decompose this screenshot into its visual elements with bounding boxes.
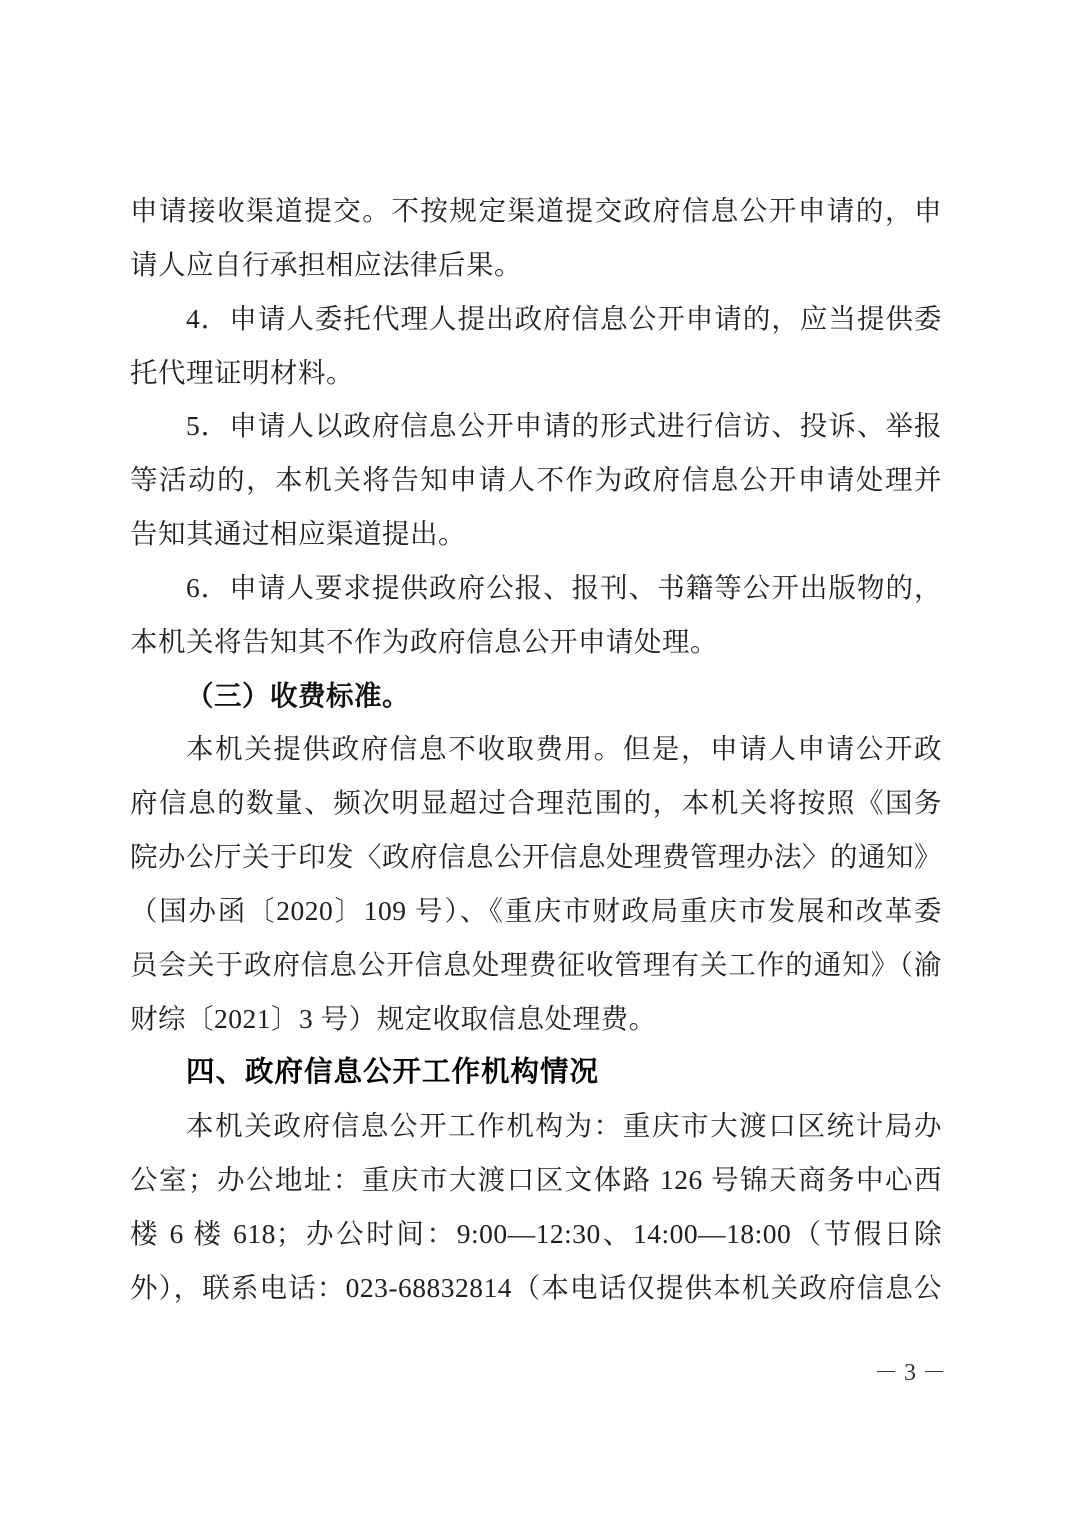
- document-line: 请人应自行承担相应法律后果。: [130, 238, 942, 292]
- document-line: 外），联系电话：023-68832814（本电话仅提供本机关政府信息公: [130, 1261, 942, 1315]
- document-line: 4．申请人委托代理人提出政府信息公开申请的，应当提供委: [130, 292, 942, 346]
- document-line: 本机关将告知其不作为政府信息公开申请处理。: [130, 615, 942, 669]
- document-line: 申请接收渠道提交。不按规定渠道提交政府信息公开申请的，申: [130, 184, 942, 238]
- document-body: 申请接收渠道提交。不按规定渠道提交政府信息公开申请的，申 请人应自行承担相应法律…: [130, 184, 942, 1315]
- document-line: 本机关政府信息公开工作机构为：重庆市大渡口区统计局办: [130, 1099, 942, 1153]
- document-line: 院办公厅关于印发〈政府信息公开信息处理费管理办法〉的通知》: [130, 830, 942, 884]
- section-heading: 四、政府信息公开工作机构情况: [130, 1046, 942, 1100]
- document-line: 6．申请人要求提供政府公报、报刊、书籍等公开出版物的，: [130, 561, 942, 615]
- document-line: 公室；办公地址：重庆市大渡口区文体路 126 号锦天商务中心西: [130, 1153, 942, 1207]
- document-line: 员会关于政府信息公开信息处理费征收管理有关工作的通知》（渝: [130, 938, 942, 992]
- document-line: （国办函〔2020〕109 号）、《重庆市财政局重庆市发展和改革委: [130, 884, 942, 938]
- document-line: 楼 6 楼 618；办公时间：9:00—12:30、14:00—18:00（节假…: [130, 1207, 942, 1261]
- document-page: 申请接收渠道提交。不按规定渠道提交政府信息公开申请的，申 请人应自行承担相应法律…: [0, 0, 1074, 1520]
- sub-heading: （三）收费标准。: [130, 669, 942, 723]
- document-line: 5．申请人以政府信息公开申请的形式进行信访、投诉、举报: [130, 399, 942, 453]
- document-line: 财综〔2021〕3 号）规定收取信息处理费。: [130, 992, 942, 1046]
- document-line: 府信息的数量、频次明显超过合理范围的，本机关将按照《国务: [130, 776, 942, 830]
- document-line: 托代理证明材料。: [130, 346, 942, 400]
- document-line: 告知其通过相应渠道提出。: [130, 507, 942, 561]
- document-line: 等活动的，本机关将告知申请人不作为政府信息公开申请处理并: [130, 453, 942, 507]
- page-number: － 3 －: [874, 1352, 946, 1387]
- document-line: 本机关提供政府信息不收取费用。但是，申请人申请公开政: [130, 722, 942, 776]
